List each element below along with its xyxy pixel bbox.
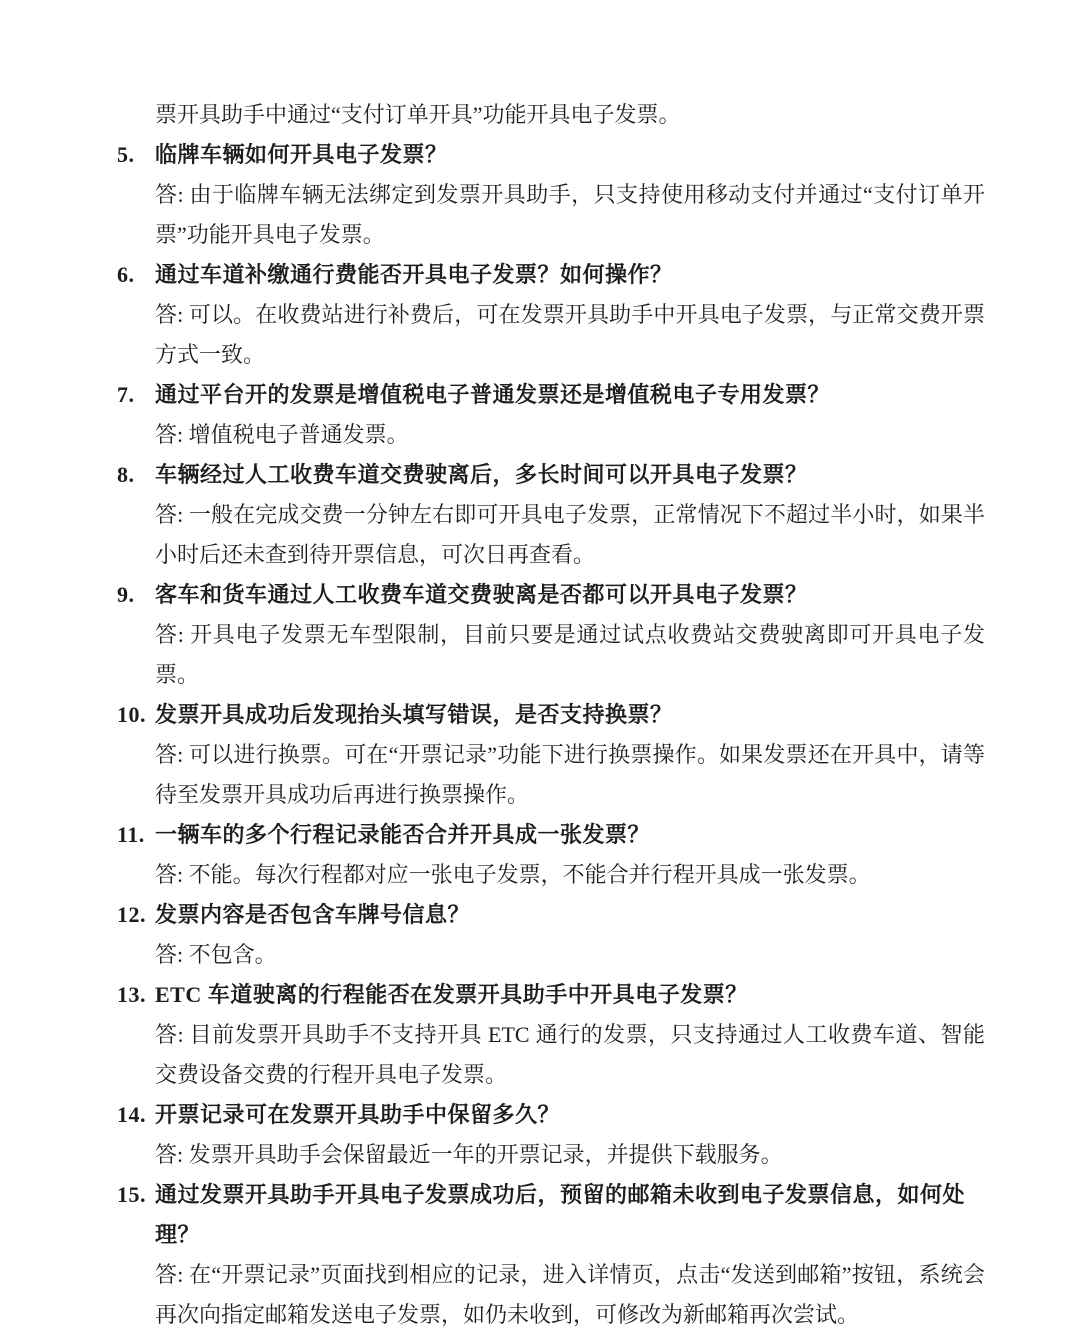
faq-item: 15. 通过发票开具助手开具电子发票成功后，预留的邮箱未收到电子发票信息，如何处… (117, 1175, 985, 1335)
answer-text: 答: 一般在完成交费一分钟左右即可开具电子发票，正常情况下不超过半小时，如果半小… (155, 495, 985, 575)
question-number: 5. (117, 135, 155, 175)
question-text: 发票内容是否包含车牌号信息？ (155, 895, 985, 935)
faq-question-line: 14. 开票记录可在发票开具助手中保留多久？ (117, 1095, 985, 1135)
question-text: 临牌车辆如何开具电子发票？ (155, 135, 985, 175)
answer-text: 答: 由于临牌车辆无法绑定到发票开具助手，只支持使用移动支付并通过“支付订单开票… (155, 175, 985, 255)
faq-question-line: 6. 通过车道补缴通行费能否开具电子发票？如何操作？ (117, 255, 985, 295)
answer-text: 答: 不包含。 (155, 935, 985, 975)
faq-item: 6. 通过车道补缴通行费能否开具电子发票？如何操作？ 答: 可以。在收费站进行补… (117, 255, 985, 375)
question-text: 通过平台开的发票是增值税电子普通发票还是增值税电子专用发票？ (155, 375, 985, 415)
question-number: 12. (117, 895, 155, 935)
faq-item: 12. 发票内容是否包含车牌号信息？ 答: 不包含。 (117, 895, 985, 975)
question-text: 发票开具成功后发现抬头填写错误，是否支持换票？ (155, 695, 985, 735)
faq-item: 13. ETC 车道驶离的行程能否在发票开具助手中开具电子发票？ 答: 目前发票… (117, 975, 985, 1095)
faq-question-line: 7. 通过平台开的发票是增值税电子普通发票还是增值税电子专用发票？ (117, 375, 985, 415)
answer-text: 答: 可以。在收费站进行补费后，可在发票开具助手中开具电子发票，与正常交费开票方… (155, 295, 985, 375)
answer-text: 答: 发票开具助手会保留最近一年的开票记录，并提供下载服务。 (155, 1135, 985, 1175)
faq-item: 14. 开票记录可在发票开具助手中保留多久？ 答: 发票开具助手会保留最近一年的… (117, 1095, 985, 1175)
faq-question-line: 9. 客车和货车通过人工收费车道交费驶离是否都可以开具电子发票？ (117, 575, 985, 615)
question-number: 14. (117, 1095, 155, 1135)
question-number: 10. (117, 695, 155, 735)
question-number: 6. (117, 255, 155, 295)
answer-text: 答: 目前发票开具助手不支持开具 ETC 通行的发票，只支持通过人工收费车道、智… (155, 1015, 985, 1095)
faq-item: 7. 通过平台开的发票是增值税电子普通发票还是增值税电子专用发票？ 答: 增值税… (117, 375, 985, 455)
faq-question-line: 8. 车辆经过人工收费车道交费驶离后，多长时间可以开具电子发票？ (117, 455, 985, 495)
faq-item: 5. 临牌车辆如何开具电子发票？ 答: 由于临牌车辆无法绑定到发票开具助手，只支… (117, 135, 985, 255)
faq-item: 11. 一辆车的多个行程记录能否合并开具成一张发票？ 答: 不能。每次行程都对应… (117, 815, 985, 895)
answer-text: 答: 开具电子发票无车型限制，目前只要是通过试点收费站交费驶离即可开具电子发票。 (155, 615, 985, 695)
question-text: ETC 车道驶离的行程能否在发票开具助手中开具电子发票？ (155, 975, 985, 1015)
answer-text: 答: 可以进行换票。可在“开票记录”功能下进行换票操作。如果发票还在开具中，请等… (155, 735, 985, 815)
faq-question-line: 12. 发票内容是否包含车牌号信息？ (117, 895, 985, 935)
question-number: 7. (117, 375, 155, 415)
faq-question-line: 11. 一辆车的多个行程记录能否合并开具成一张发票？ (117, 815, 985, 855)
question-number: 13. (117, 975, 155, 1015)
faq-item: 9. 客车和货车通过人工收费车道交费驶离是否都可以开具电子发票？ 答: 开具电子… (117, 575, 985, 695)
faq-question-line: 15. 通过发票开具助手开具电子发票成功后，预留的邮箱未收到电子发票信息，如何处… (117, 1175, 985, 1255)
question-text: 一辆车的多个行程记录能否合并开具成一张发票？ (155, 815, 985, 855)
question-text: 通过车道补缴通行费能否开具电子发票？如何操作？ (155, 255, 985, 295)
question-number: 15. (117, 1175, 155, 1255)
question-number: 8. (117, 455, 155, 495)
faq-item: 10. 发票开具成功后发现抬头填写错误，是否支持换票？ 答: 可以进行换票。可在… (117, 695, 985, 815)
answer-text: 答: 在“开票记录”页面找到相应的记录，进入详情页，点击“发送到邮箱”按钮，系统… (155, 1255, 985, 1335)
previous-answer-continuation-line: 票开具助手中通过“支付订单开具”功能开具电子发票。 (155, 95, 985, 135)
question-text: 客车和货车通过人工收费车道交费驶离是否都可以开具电子发票？ (155, 575, 985, 615)
faq-list: 5. 临牌车辆如何开具电子发票？ 答: 由于临牌车辆无法绑定到发票开具助手，只支… (117, 135, 985, 1335)
faq-item: 8. 车辆经过人工收费车道交费驶离后，多长时间可以开具电子发票？ 答: 一般在完… (117, 455, 985, 575)
answer-text: 答: 不能。每次行程都对应一张电子发票，不能合并行程开具成一张发票。 (155, 855, 985, 895)
question-text: 通过发票开具助手开具电子发票成功后，预留的邮箱未收到电子发票信息，如何处理？ (155, 1175, 985, 1255)
question-number: 11. (117, 815, 155, 855)
faq-question-line: 5. 临牌车辆如何开具电子发票？ (117, 135, 985, 175)
faq-document-page: 票开具助手中通过“支付订单开具”功能开具电子发票。 5. 临牌车辆如何开具电子发… (0, 0, 1076, 1339)
question-text: 开票记录可在发票开具助手中保留多久？ (155, 1095, 985, 1135)
question-number: 9. (117, 575, 155, 615)
faq-question-line: 13. ETC 车道驶离的行程能否在发票开具助手中开具电子发票？ (117, 975, 985, 1015)
answer-text: 答: 增值税电子普通发票。 (155, 415, 985, 455)
faq-question-line: 10. 发票开具成功后发现抬头填写错误，是否支持换票？ (117, 695, 985, 735)
question-text: 车辆经过人工收费车道交费驶离后，多长时间可以开具电子发票？ (155, 455, 985, 495)
